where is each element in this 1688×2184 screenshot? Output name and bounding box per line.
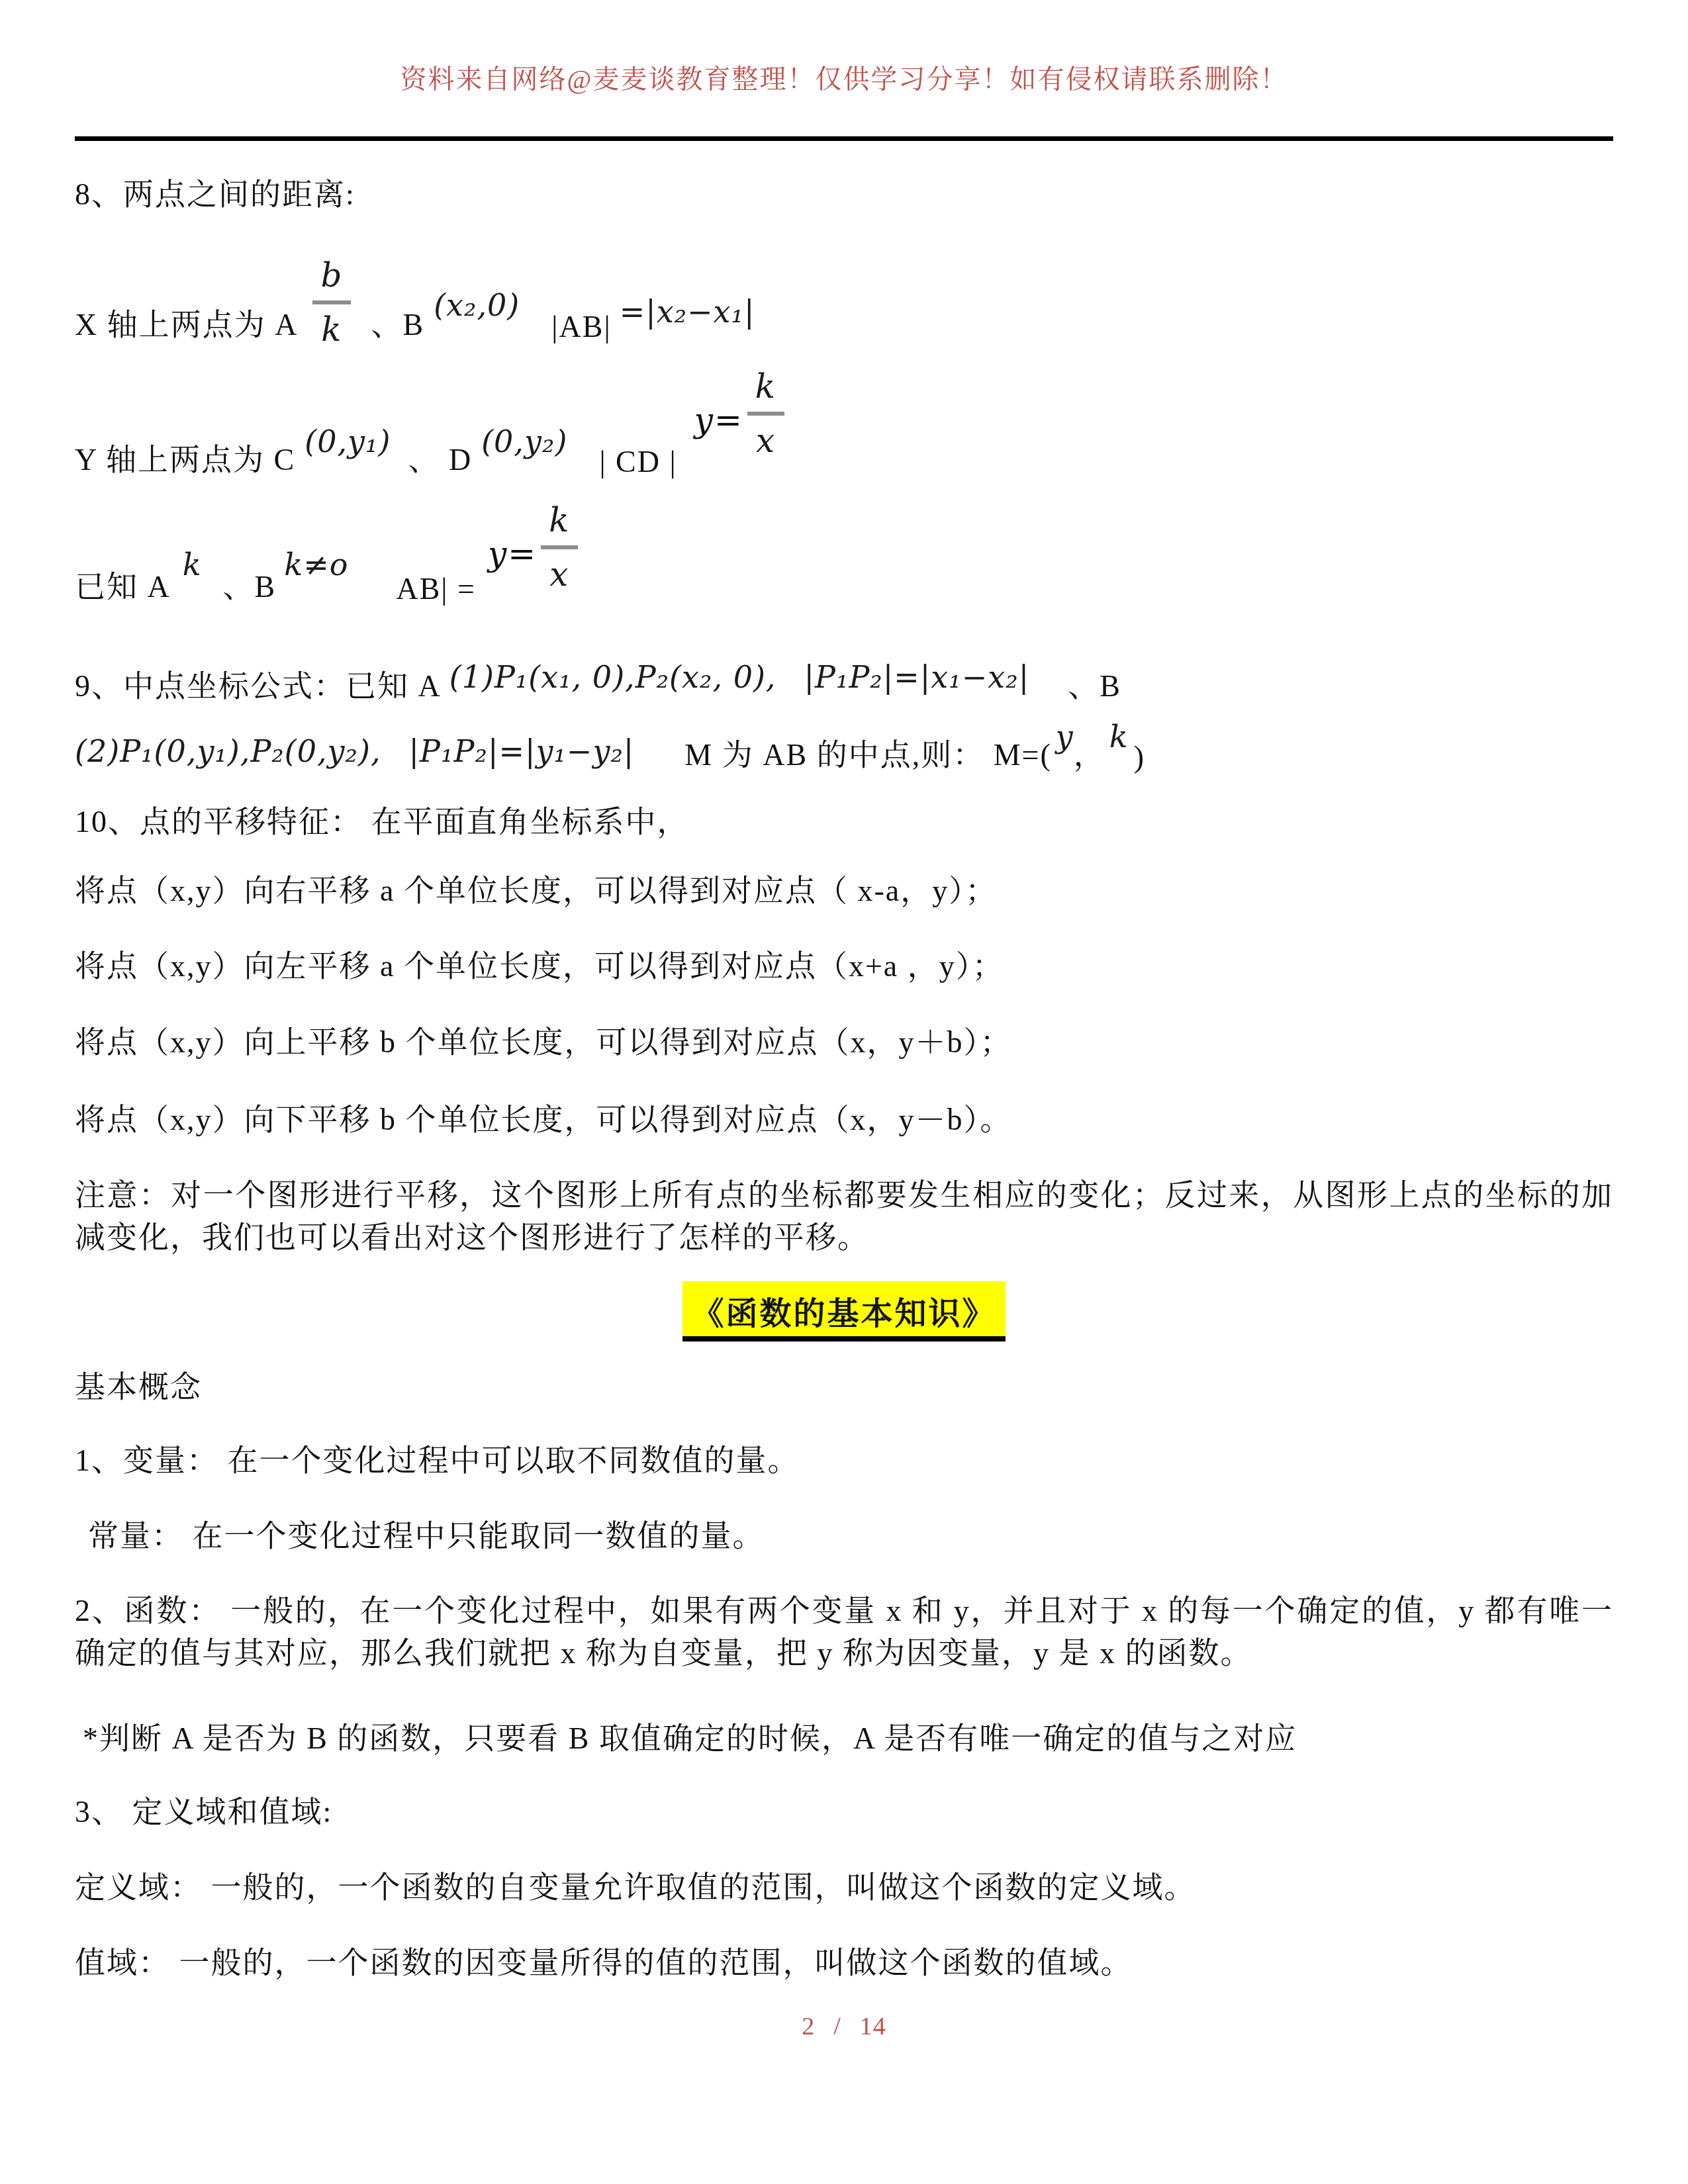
y-axis-point-d-coords: (0,y₂) [481, 424, 567, 459]
ab-distance-label: |AB| [551, 309, 611, 344]
translate-down-line: 将点（x,y）向下平移 b 个单位长度，可以得到对应点（x，y－b）。 [75, 1099, 1613, 1141]
midpoint-case2-distance: |P₁P₂|=|y₁−y₂| [409, 733, 635, 769]
function-definition: 2、函数： 一般的，在一个变化过程中，如果有两个变量 x 和 y，并且对于 x … [75, 1590, 1613, 1674]
x-axis-point-b-label: 、B [371, 300, 424, 344]
page-number-total: 14 [860, 2013, 886, 2040]
y-axis-point-d-label: 、 D [408, 435, 472, 479]
translate-left-line: 将点（x,y）向左平移 a 个单位长度，可以得到对应点（x+a ，y）； [75, 945, 1613, 987]
fraction-numerator: b [312, 251, 351, 304]
fraction-denominator: x [541, 549, 577, 598]
y-axis-prefix: Y 轴上两点为 C [75, 435, 295, 479]
range-definition: 值域： 一般的，一个函数的因变量所得的值的范围，叫做这个函数的值域。 [75, 1942, 1613, 1984]
midpoint-statement: M 为 AB 的中点,则： M=( [684, 731, 1051, 774]
midpoint-y-coordinate: k [1109, 719, 1129, 754]
midpoint-case2-points: (2)P₁(0,y₁),P₂(0,y₂), [75, 733, 381, 769]
midpoint-case1-distance: |P₁P₂|=|x₁−x₂| [804, 659, 1030, 695]
midpoint-comma: ， [1074, 731, 1105, 774]
fraction-y-equals-k-over-x: y= k x [694, 363, 784, 465]
section9-line1: 9、中点坐标公式：已知 A (1)P₁(x₁, 0),P₂(x₂, 0), |P… [75, 627, 1121, 705]
midpoint-close-paren: ) [1134, 739, 1145, 774]
point-a-superscript: k [183, 547, 202, 582]
header-notice: 资料来自网络@麦麦谈教育整理！仅供学习分享！如有侵权请联系删除！ [0, 58, 1688, 96]
document-page: 资料来自网络@麦麦谈教育整理！仅供学习分享！如有侵权请联系删除！ 8、两点之间的… [0, 0, 1688, 2184]
page-number: 2/14 [0, 2012, 1688, 2041]
x-axis-prefix: X 轴上两点为 A [75, 300, 298, 344]
ab-equals-label: AB| = [396, 571, 476, 606]
variable-definition: 1、变量： 在一个变化过程中可以取不同数值的量。 [75, 1439, 1613, 1482]
formula-line-y-axis: Y 轴上两点为 C (0,y₁) 、 D (0,y₂) | CD | y= k … [75, 368, 784, 479]
fraction-lhs: y= [694, 401, 743, 439]
y-axis-point-c-coords: (0,y₁) [305, 424, 391, 459]
header-divider [75, 136, 1613, 141]
page-number-separator: / [833, 2013, 841, 2040]
fraction-denominator: x [748, 416, 784, 465]
fraction-denominator: k [313, 304, 350, 353]
section9-line2: (2)P₁(0,y₁),P₂(0,y₂), |P₁P₂|=|y₁−y₂| M 为… [75, 696, 1145, 774]
constant-definition: 常量： 在一个变化过程中只能取同一数值的量。 [75, 1515, 1626, 1557]
formula-line-x-axis: X 轴上两点为 A b k 、B (x₂,0) |AB| =|x₂−x₁| [75, 233, 755, 344]
fraction-numerator: k [747, 363, 784, 416]
function-section-title: 《函数的基本知识》 [682, 1281, 1005, 1342]
midpoint-x-coordinate: y [1056, 719, 1074, 754]
page-number-current: 2 [802, 2013, 815, 2040]
fraction-lhs: y= [488, 535, 537, 573]
fraction-k-over-x: k x [541, 496, 578, 598]
cd-distance-label: | CD | [599, 444, 677, 479]
formula-line-known-ab: 已知 A k 、B k≠o AB| = y= k x [75, 495, 578, 606]
translate-right-line: 将点（x,y）向右平移 a 个单位长度，可以得到对应点（ x-a，y）； [75, 870, 1613, 912]
note-paragraph: 注意：对一个图形进行平移，这个图形上所有点的坐标都要发生相应的变化；反过来，从图… [75, 1174, 1613, 1259]
fraction-y-equals-k-over-x: y= k x [488, 496, 578, 598]
domain-range-heading: 3、 定义域和值域: [75, 1791, 1613, 1833]
section8-heading: 8、两点之间的距离: [75, 173, 1613, 216]
fraction-b-over-k: b k [312, 251, 351, 353]
translate-up-line: 将点（x,y）向上平移 b 个单位长度，可以得到对应点（x，y＋b）； [75, 1021, 1613, 1064]
ab-distance-formula: =|x₂−x₁| [620, 294, 755, 330]
domain-definition: 定义域： 一般的，一个函数的自变量允许取值的范围，叫做这个函数的定义域。 [75, 1866, 1613, 1909]
function-section-title-row: 《函数的基本知识》 [0, 1281, 1688, 1342]
function-judgment-note: *判断 A 是否为 B 的函数，只要看 B 取值确定的时候，A 是否有唯一确定的… [75, 1717, 1621, 1760]
x-axis-point-b-coords: (x₂,0) [434, 287, 520, 323]
basic-concepts-heading: 基本概念 [75, 1366, 1613, 1408]
fraction-numerator: k [541, 496, 578, 549]
point-b-label: 、B [223, 563, 277, 606]
point-b-superscript: k≠o [284, 547, 348, 582]
midpoint-case1-points: (1)P₁(x₁, 0),P₂(x₂, 0), [449, 659, 776, 695]
known-prefix: 已知 A [75, 563, 171, 606]
section10-heading: 10、点的平移特征： 在平面直角坐标系中， [75, 801, 1613, 843]
fraction-k-over-x: k x [747, 363, 784, 465]
